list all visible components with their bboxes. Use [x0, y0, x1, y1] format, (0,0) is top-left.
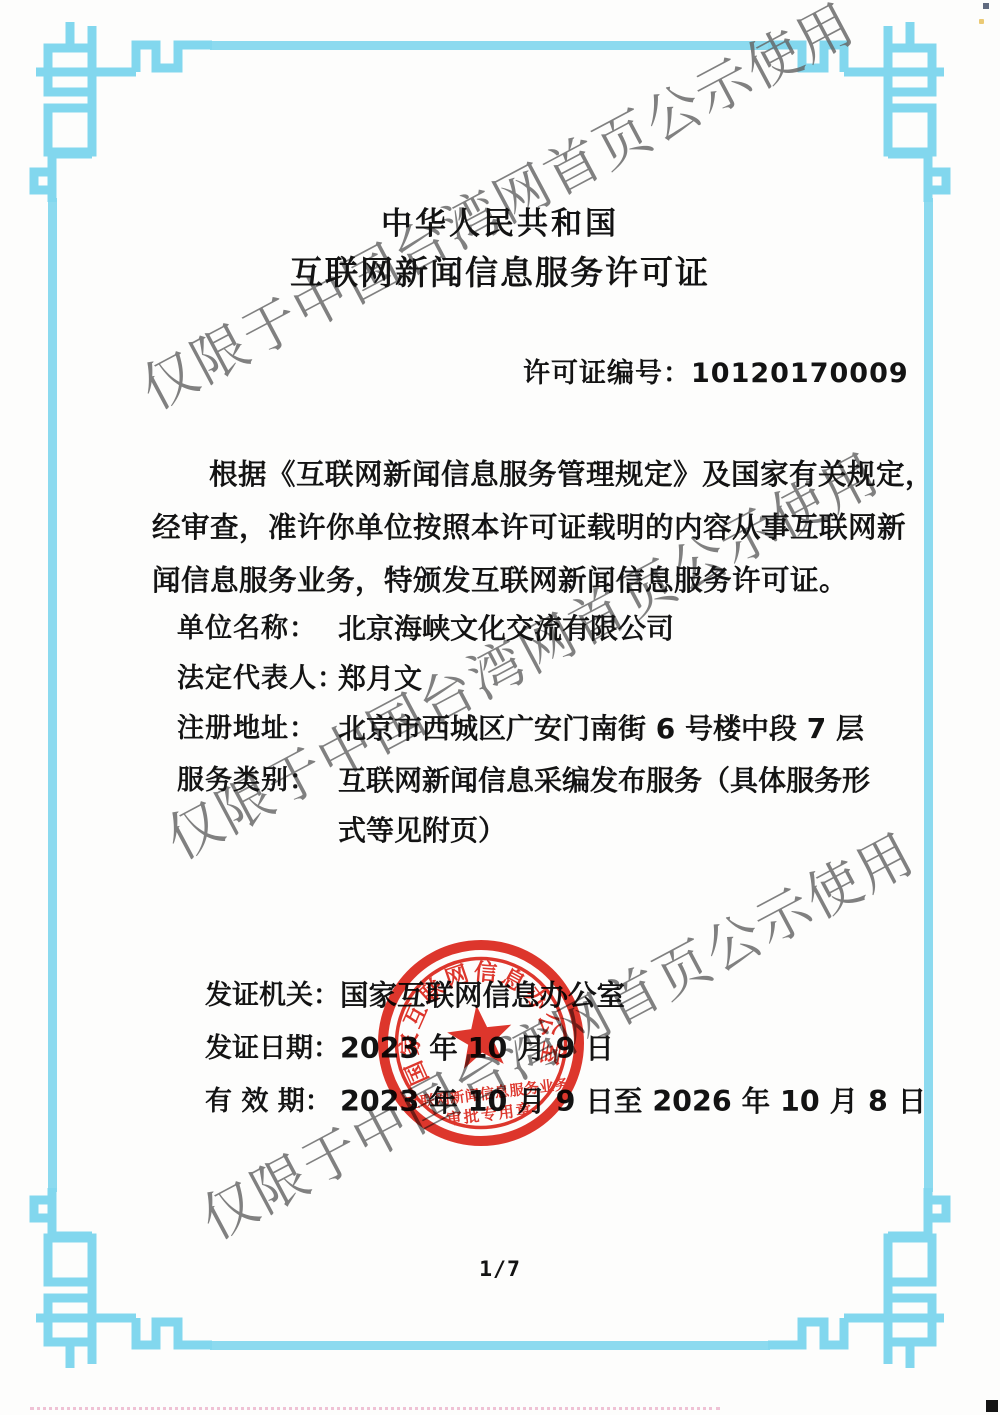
- document-title-country: 中华人民共和国: [0, 198, 1000, 243]
- frame-left-line: [48, 198, 57, 1192]
- scan-artifact-square: [986, 1400, 998, 1412]
- field-row-company-name: 单位名称： 北京海峡文化交流有限公司: [177, 604, 674, 654]
- field-value: 郑月文: [338, 654, 422, 704]
- document-title-license-name: 互联网新闻信息服务许可证: [0, 247, 1000, 294]
- field-value: 式等见附页）: [338, 806, 506, 856]
- scan-artifact-speck: [979, 19, 984, 24]
- field-value: 北京市西城区广安门南街 6 号楼中段 7 层: [338, 704, 864, 754]
- field-label: 单位名称：: [177, 604, 338, 654]
- body-paragraph-line: 闻信息服务业务，特颁发互联网新闻信息服务许可证。: [152, 554, 867, 607]
- frame-right-line: [924, 198, 933, 1192]
- field-value: 北京海峡文化交流有限公司: [338, 604, 674, 654]
- field-row-legal-representative: 法定代表人： 郑月文: [177, 654, 422, 704]
- scan-artifact-speck: [983, 3, 989, 9]
- scan-artifact-line: [30, 1407, 720, 1410]
- issuance-label: 发证日期：: [205, 1022, 340, 1075]
- frame-corner-ornament-bottom-left: [22, 1188, 212, 1378]
- frame-corner-ornament-top-left: [22, 12, 212, 202]
- license-number-value: 10120170009: [691, 358, 909, 389]
- page-number: 1/7: [455, 1257, 545, 1282]
- license-number-label: 许可证编号：: [523, 358, 691, 389]
- body-paragraph-line: 经审查，准许你单位按照本许可证载明的内容从事互联网新: [152, 501, 867, 554]
- field-row-service-category-continued: 式等见附页）: [338, 806, 506, 856]
- official-red-seal: 国家互联网信息办公室 互联网新闻信息服务业务 审批专用章: [356, 918, 606, 1168]
- license-number-line: 许可证编号：10120170009: [523, 351, 909, 390]
- body-paragraph: 根据《互联网新闻信息服务管理规定》及国家有关规定， 经审查，准许你单位按照本许可…: [152, 448, 867, 607]
- issuance-label: 有 效 期：: [205, 1075, 340, 1128]
- field-label: 法定代表人：: [177, 654, 338, 704]
- seal-graphics: 国家互联网信息办公室 互联网新闻信息服务业务 审批专用章: [372, 934, 590, 1152]
- seal-star-icon: [444, 1001, 516, 1070]
- license-document-page: 仅限于中国台湾网首页公示使用 仅限于中国台湾网首页公示使用 仅限于中国台湾网首页…: [0, 0, 1000, 1415]
- issuance-label: 发证机关：: [205, 969, 340, 1022]
- body-paragraph-line: 根据《互联网新闻信息服务管理规定》及国家有关规定，: [152, 448, 867, 501]
- field-row-service-category: 服务类别： 互联网新闻信息采编发布服务（具体服务形: [177, 756, 870, 806]
- field-label: 注册地址：: [177, 704, 338, 754]
- frame-bottom-line: [210, 1341, 770, 1350]
- field-value: 互联网新闻信息采编发布服务（具体服务形: [338, 756, 870, 806]
- field-label: 服务类别：: [177, 756, 338, 806]
- frame-corner-ornament-bottom-right: [768, 1188, 958, 1378]
- frame-top-line: [210, 41, 770, 50]
- field-row-registered-address: 注册地址： 北京市西城区广安门南街 6 号楼中段 7 层: [177, 704, 864, 754]
